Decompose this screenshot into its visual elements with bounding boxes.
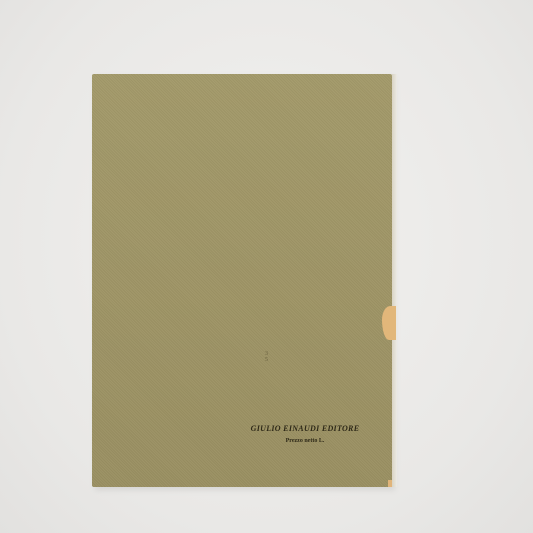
book-page-edge [392, 74, 397, 487]
publisher-name: GIULIO EINAUDI EDITORE [230, 424, 380, 433]
price-label: Prezzo netto L. [230, 438, 380, 444]
corner-wear [388, 480, 392, 487]
cover-marks: 3 5 [265, 351, 295, 359]
cover-tear [382, 306, 396, 340]
